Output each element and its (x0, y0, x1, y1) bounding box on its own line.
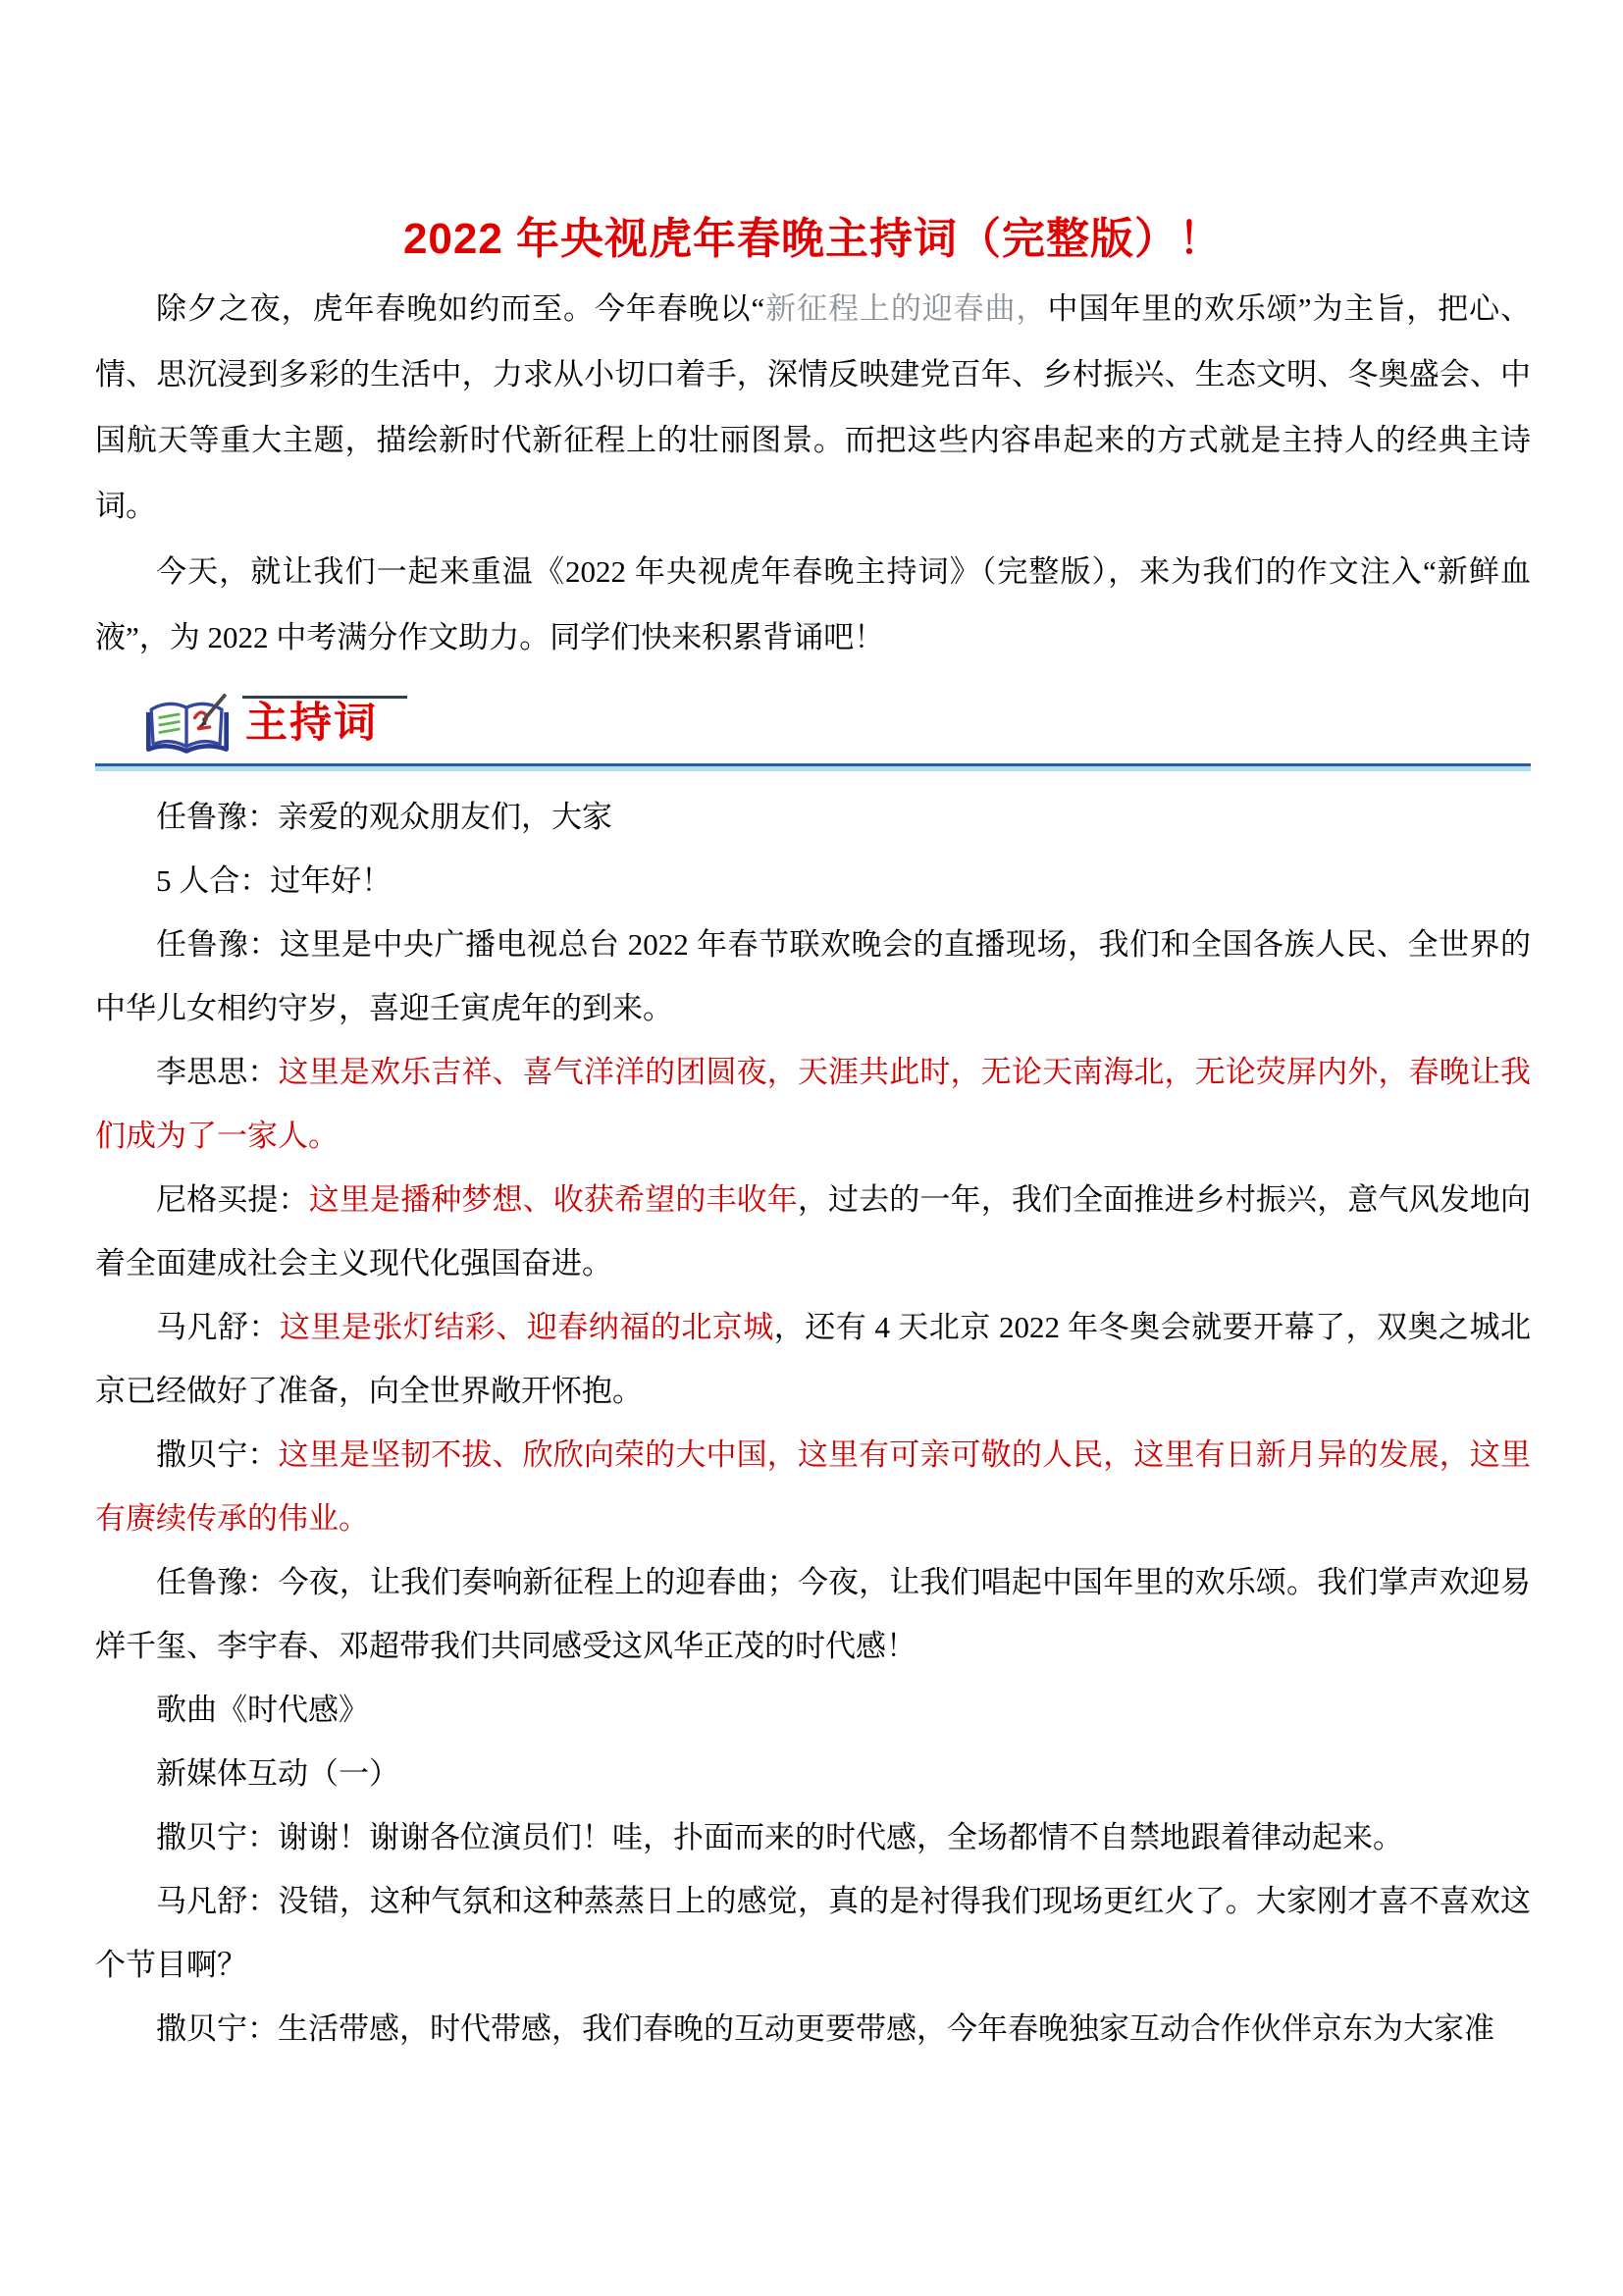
dialogue-line-11: 撒贝宁：谢谢！谢谢各位演员们！哇，扑面而来的时代感，全场都情不自禁地跟着律动起来… (95, 1805, 1531, 1869)
text-segment: 5 人合：过年好！ (156, 863, 392, 898)
text-segment: 新媒体互动（一） (156, 1756, 399, 1791)
text-segment: 歌曲《时代感》 (156, 1693, 369, 1727)
intro-paragraph-2: 今天，就让我们一起来重温《2022 年央视虎年春晚主持词》（完整版），来为我们的… (95, 539, 1531, 670)
dialogue-line-8: 任鲁豫：今夜，让我们奏响新征程上的迎春曲；今夜，让我们唱起中国年里的欢乐颂。我们… (95, 1550, 1531, 1678)
section-header: 主持词 (95, 670, 1531, 763)
dialogue-line-10: 新媒体互动（一） (95, 1742, 1531, 1805)
dialogue-line-13: 撒贝宁：生活带感，时代带感，我们春晚的互动更要带感，今年春晚独家互动合作伙伴京东… (95, 1997, 1531, 2061)
text-segment: 中国年里的欢乐颂”为主旨，把心、情、思沉浸到多彩的生活中，力求从小切口着手，深情… (95, 291, 1531, 523)
text-segment: 李思思： (156, 1055, 279, 1089)
text-segment: 任鲁豫：这里是中央广播电视总台 2022 年春节联欢晚会的直播现场，我们和全国各… (95, 927, 1531, 1025)
document-page: 2022 年央视虎年春晚主持词（完整版）！ 除夕之夜，虎年春晚如约而至。今年春晚… (0, 0, 1623, 2296)
dialogue-line-12: 马凡舒：没错，这种气氛和这种蒸蒸日上的感觉，真的是衬得我们现场更红火了。大家刚才… (95, 1869, 1531, 1997)
dialogue-line-9: 歌曲《时代感》 (95, 1678, 1531, 1742)
text-segment: 这里是欢乐吉祥、喜气洋洋的团圆夜，天涯共此时，无论天南海北，无论荧屏内外，春晚让… (95, 1055, 1531, 1153)
text-segment: 撒贝宁：谢谢！谢谢各位演员们！哇，扑面而来的时代感，全场都情不自禁地跟着律动起来… (156, 1820, 1403, 1854)
dialogue-line-5: 尼格买提：这里是播种梦想、收获希望的丰收年，过去的一年，我们全面推进乡村振兴，意… (95, 1168, 1531, 1295)
document-content: 2022 年央视虎年春晚主持词（完整版）！ 除夕之夜，虎年春晚如约而至。今年春晚… (95, 211, 1531, 2061)
dialogue-section: 任鲁豫：亲爱的观众朋友们，大家 5 人合：过年好！ 任鲁豫：这里是中央广播电视总… (95, 785, 1531, 2061)
text-segment: 今天，就让我们一起来重温《2022 年央视虎年春晚主持词》（完整版），来为我们的… (95, 554, 1531, 654)
text-segment: 这里是张灯结彩、迎春纳福的北京城 (280, 1310, 774, 1344)
dialogue-line-4: 李思思：这里是欢乐吉祥、喜气洋洋的团圆夜，天涯共此时，无论天南海北，无论荧屏内外… (95, 1040, 1531, 1168)
open-book-pencil-icon (140, 694, 235, 760)
text-segment: 任鲁豫：今夜，让我们奏响新征程上的迎春曲；今夜，让我们唱起中国年里的欢乐颂。我们… (95, 1565, 1531, 1663)
document-title: 2022 年央视虎年春晚主持词（完整版）！ (95, 211, 1531, 267)
intro-paragraph-1: 除夕之夜，虎年春晚如约而至。今年春晚以“新征程上的迎春曲，中国年里的欢乐颂”为主… (95, 276, 1531, 539)
text-segment: 撒贝宁：生活带感，时代带感，我们春晚的互动更要带感，今年春晚独家互动合作伙伴京东… (156, 2011, 1494, 2046)
text-segment: 这里是坚韧不拔、欣欣向荣的大中国，这里有可亲可敬的人民，这里有日新月异的发展，这… (95, 1437, 1531, 1536)
dialogue-line-2: 5 人合：过年好！ (95, 849, 1531, 913)
dialogue-line-1: 任鲁豫：亲爱的观众朋友们，大家 (95, 785, 1531, 849)
dialogue-line-3: 任鲁豫：这里是中央广播电视总台 2022 年春节联欢晚会的直播现场，我们和全国各… (95, 913, 1531, 1040)
text-segment: 尼格买提： (156, 1182, 309, 1217)
text-segment: 马凡舒：没错，这种气氛和这种蒸蒸日上的感觉，真的是衬得我们现场更红火了。大家刚才… (95, 1884, 1531, 1982)
dialogue-line-7: 撒贝宁：这里是坚韧不拔、欣欣向荣的大中国，这里有可亲可敬的人民，这里有日新月异的… (95, 1423, 1531, 1550)
section-divider (95, 763, 1531, 771)
text-segment: 任鲁豫：亲爱的观众朋友们，大家 (156, 800, 612, 834)
text-segment: 新征程上的迎春曲， (764, 291, 1047, 326)
text-segment: 马凡舒： (156, 1310, 280, 1344)
text-segment: 除夕之夜，虎年春晚如约而至。今年春晚以“ (156, 291, 764, 326)
section-title: 主持词 (245, 698, 378, 749)
text-segment: 这里是播种梦想、收获希望的丰收年 (309, 1182, 798, 1217)
intro-section: 除夕之夜，虎年春晚如约而至。今年春晚以“新征程上的迎春曲，中国年里的欢乐颂”为主… (95, 276, 1531, 670)
text-segment: 撒贝宁： (156, 1437, 279, 1472)
dialogue-line-6: 马凡舒：这里是张灯结彩、迎春纳福的北京城，还有 4 天北京 2022 年冬奥会就… (95, 1295, 1531, 1423)
